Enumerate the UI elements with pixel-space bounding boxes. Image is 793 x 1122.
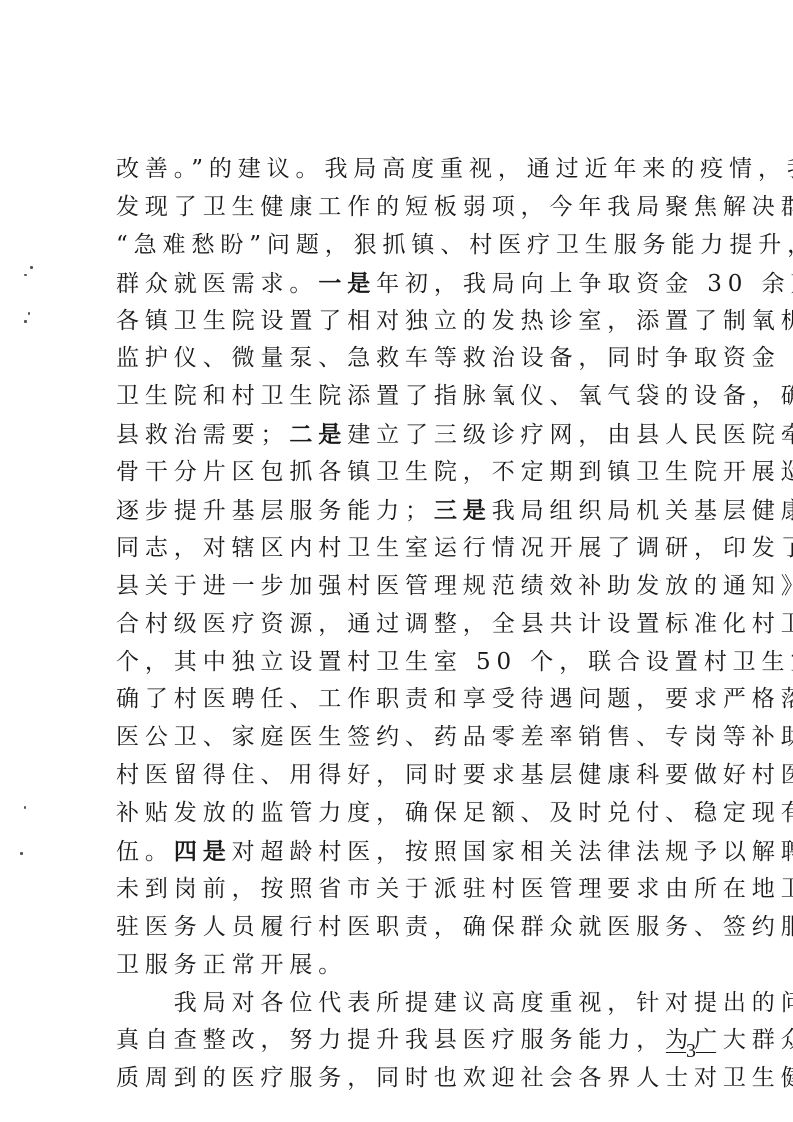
- document-body: 改善。”的建议。我局高度重视，通过近年来的疫情，我们也是发现了卫生健康工作的短板…: [116, 151, 672, 1098]
- text-line: 确了村医聘任、工作职责和享受待遇问题，要求严格落实好村: [116, 681, 672, 719]
- text-segment: 补贴发放的监管力度，确保足额、及时兑付、稳定现有村医队: [116, 800, 793, 826]
- text-line: 发现了卫生健康工作的短板弱项，今年我局聚焦解决群众看病: [116, 189, 672, 227]
- text-segment: 监护仪、微量泵、急救车等救治设备，同时争取资金 2 万元为: [116, 345, 793, 371]
- text-segment: 同志，对辖区内村卫生室运行情况开展了调研，印发了《留坝: [116, 535, 793, 561]
- text-line: 改善。”的建议。我局高度重视，通过近年来的疫情，我们也是: [116, 151, 672, 189]
- text-line: 村医留得住、用得好，同时要求基层健康科要做好村医资金、: [116, 757, 672, 795]
- scan-speck: [24, 320, 27, 323]
- text-line: 卫服务正常开展。: [116, 947, 672, 985]
- text-line: 合村级医疗资源，通过调整，全县共计设置标准化村卫生室 59: [116, 606, 672, 644]
- text-segment: 合村级医疗资源，通过调整，全县共计设置标准化村卫生室 59: [116, 611, 793, 637]
- text-line: 同志，对辖区内村卫生室运行情况开展了调研，印发了《留坝: [116, 530, 672, 568]
- text-line: 未到岗前，按照省市关于派驻村医管理要求由所在地卫生院派: [116, 871, 672, 909]
- text-segment: 骨干分片区包抓各镇卫生院，不定期到镇卫生院开展巡诊工作，: [116, 459, 793, 485]
- text-line: 骨干分片区包抓各镇卫生院，不定期到镇卫生院开展巡诊工作，: [116, 454, 672, 492]
- text-line: 逐步提升基层服务能力；三是我局组织局机关基层健康科相关: [116, 492, 672, 530]
- text-segment: 年初，我局向上争取资金 30 余万元，为: [376, 271, 793, 297]
- text-line: 质周到的医疗服务，同时也欢迎社会各界人士对卫生健康工作: [116, 1060, 672, 1098]
- bold-label: 一是: [318, 270, 376, 297]
- text-segment: 群众就医需求。: [116, 271, 318, 297]
- text-line: 我局对各位代表所提建议高度重视，针对提出的问题将认: [116, 985, 672, 1023]
- text-segment: 县关于进一步加强村医管理规范绩效补助发放的通知》，再次整: [116, 573, 793, 599]
- text-line: 补贴发放的监管力度，确保足额、及时兑付、稳定现有村医队: [116, 795, 672, 833]
- text-segment: 发现了卫生健康工作的短板弱项，今年我局聚焦解决群众看病: [116, 194, 793, 220]
- page-number: —3—: [666, 1040, 716, 1063]
- text-segment: “急难愁盼”问题，狠抓镇、村医疗卫生服务能力提升，满足: [116, 232, 793, 258]
- text-line: 县救治需要；二是建立了三级诊疗网，由县人民医院牵头选派: [116, 416, 672, 454]
- text-segment: 各镇卫生院设置了相对独立的发热诊室，添置了制氧机、心电: [116, 308, 793, 334]
- text-segment: 改善。”的建议。我局高度重视，通过近年来的疫情，我们也是: [116, 156, 793, 182]
- text-line: 真自查整改，努力提升我县医疗服务能力，为广大群众提供优: [116, 1022, 672, 1060]
- text-segment: 县救治需要；: [116, 422, 289, 448]
- text-line: 监护仪、微量泵、急救车等救治设备，同时争取资金 2 万元为: [116, 340, 672, 378]
- text-segment: 个，其中独立设置村卫生室 50 个，联合设置村卫生室 9 个，明: [116, 649, 793, 675]
- text-line: 群众就医需求。一是年初，我局向上争取资金 30 余万元，为: [116, 265, 672, 303]
- document-page: 改善。”的建议。我局高度重视，通过近年来的疫情，我们也是发现了卫生健康工作的短板…: [0, 0, 793, 1122]
- text-segment: 我局组织局机关基层健康科相关: [492, 498, 793, 524]
- bold-label: 四是: [174, 838, 232, 865]
- text-line: 县关于进一步加强村医管理规范绩效补助发放的通知》，再次整: [116, 568, 672, 606]
- text-line: 各镇卫生院设置了相对独立的发热诊室，添置了制氧机、心电: [116, 303, 672, 341]
- text-segment: 卫生院和村卫生院添置了指脉氧仪、氧气袋的设备，确保了全: [116, 383, 793, 409]
- scan-speck: [30, 266, 33, 269]
- text-segment: 伍。: [116, 839, 174, 865]
- text-line: 驻医务人员履行村医职责，确保群众就医服务、签约服务及公: [116, 909, 672, 947]
- scan-speck: [20, 852, 23, 855]
- bold-label: 三是: [434, 497, 492, 524]
- text-segment: 对超龄村医，按照国家相关法律法规予以解聘。村医: [232, 839, 793, 865]
- text-segment: 未到岗前，按照省市关于派驻村医管理要求由所在地卫生院派: [116, 876, 793, 902]
- bold-label: 二是: [289, 421, 347, 448]
- scan-speck: [28, 312, 30, 315]
- text-segment: 卫服务正常开展。: [116, 952, 347, 978]
- text-segment: 医公卫、家庭医生签约、药品零差率销售、专岗等补助，确保: [116, 724, 793, 750]
- scan-speck: [24, 806, 26, 809]
- text-segment: 建立了三级诊疗网，由县人民医院牵头选派: [347, 422, 793, 448]
- text-line: 伍。四是对超龄村医，按照国家相关法律法规予以解聘。村医: [116, 833, 672, 871]
- text-line: “急难愁盼”问题，狠抓镇、村医疗卫生服务能力提升，满足: [116, 227, 672, 265]
- text-segment: 逐步提升基层服务能力；: [116, 498, 434, 524]
- text-segment: 确了村医聘任、工作职责和享受待遇问题，要求严格落实好村: [116, 686, 793, 712]
- text-line: 个，其中独立设置村卫生室 50 个，联合设置村卫生室 9 个，明: [116, 644, 672, 682]
- text-segment: 村医留得住、用得好，同时要求基层健康科要做好村医资金、: [116, 762, 793, 788]
- text-segment: 质周到的医疗服务，同时也欢迎社会各界人士对卫生健康工作: [116, 1065, 793, 1091]
- text-line: 卫生院和村卫生院添置了指脉氧仪、氧气袋的设备，确保了全: [116, 378, 672, 416]
- scan-speck: [24, 274, 27, 276]
- text-segment: 我局对各位代表所提建议高度重视，针对提出的问题将认: [116, 990, 793, 1016]
- text-line: 医公卫、家庭医生签约、药品零差率销售、专岗等补助，确保: [116, 719, 672, 757]
- text-segment: 驻医务人员履行村医职责，确保群众就医服务、签约服务及公: [116, 914, 793, 940]
